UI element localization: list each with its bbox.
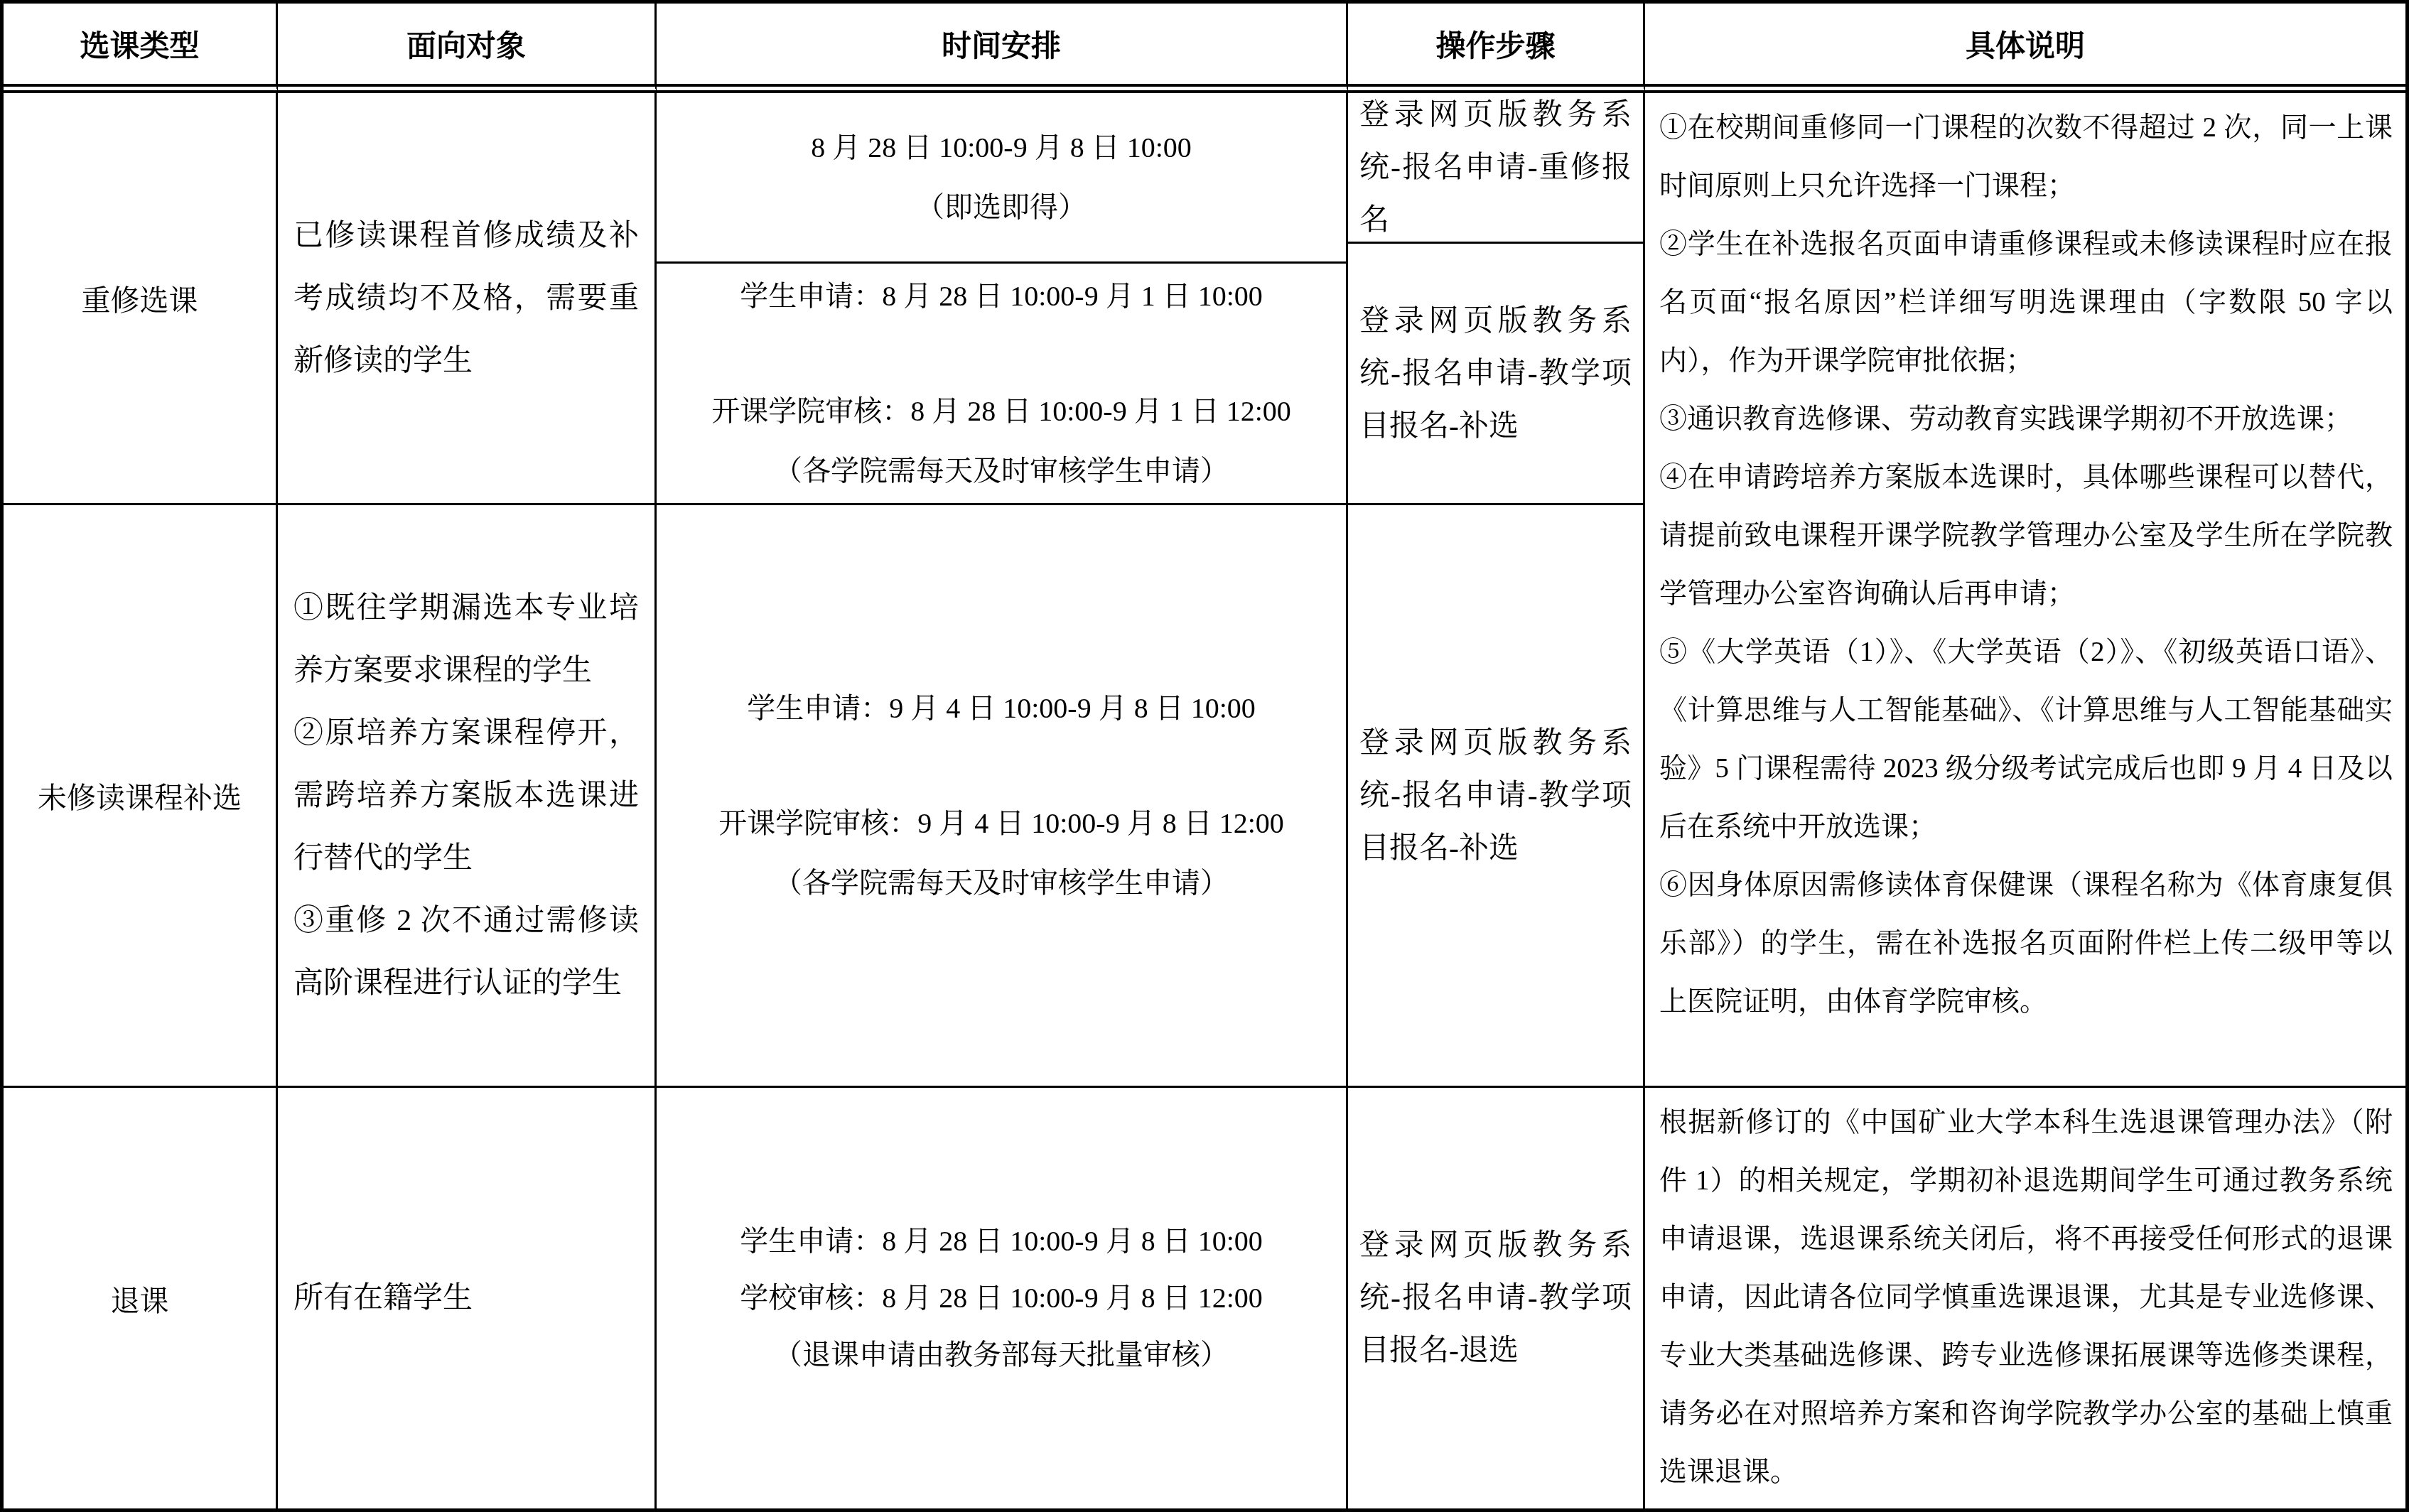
header-schedule-label: 时间安排 bbox=[942, 23, 1061, 65]
retake-steps-primary-text: 登录网页版教务系统-报名申请-重修报名 bbox=[1348, 93, 1643, 244]
header-audience: 面向对象 bbox=[278, 4, 657, 93]
course-selection-table: 选课类型 面向对象 时间安排 操作步骤 具体说明 重修选课 已修读课程首修成绩及… bbox=[0, 0, 2409, 1512]
retake-student-apply-text: 学生申请：8 月 28 日 10:00-9 月 1 日 10:00 bbox=[657, 266, 1346, 326]
header-audience-label: 面向对象 bbox=[406, 23, 526, 65]
header-steps-label: 操作步骤 bbox=[1435, 23, 1555, 65]
retake-audience-text: 已修读课程首修成绩及补考成绩均不及格，需要重新修读的学生 bbox=[293, 205, 639, 392]
makeup-review-note: （各学院需每天及时审核学生申请） bbox=[657, 853, 1346, 913]
cell-makeup-steps: 登录网页版教务系统-报名申请-教学项目报名-补选 bbox=[1348, 505, 1645, 1088]
details-note-5: ⑤《大学英语（1）》、《大学英语（2）》、《初级英语口语》、《计算思维与人工智能… bbox=[1659, 623, 2393, 856]
withdraw-steps-text: 登录网页版教务系统-报名申请-教学项目报名-退选 bbox=[1348, 1219, 1643, 1377]
withdraw-details-text: 根据新修订的《中国矿业大学本科生选退课管理办法》（附件 1）的相关规定，学期初补… bbox=[1659, 1093, 2393, 1501]
retake-steps-secondary-text: 登录网页版教务系统-报名申请-教学项目报名-补选 bbox=[1348, 295, 1643, 453]
cell-makeup-audience: ①既往学期漏选本专业培养方案要求课程的学生 ②原培养方案课程停开，需跨培养方案版… bbox=[278, 505, 657, 1088]
makeup-audience-item-1: ①既往学期漏选本专业培养方案要求课程的学生 bbox=[293, 577, 639, 702]
cell-retake-audience: 已修读课程首修成绩及补考成绩均不及格，需要重新修读的学生 bbox=[278, 93, 657, 505]
makeup-steps-text: 登录网页版教务系统-报名申请-教学项目报名-补选 bbox=[1348, 717, 1643, 875]
cell-makeup-schedule: 学生申请：9 月 4 日 10:00-9 月 8 日 10:00 开课学院审核：… bbox=[657, 505, 1348, 1088]
header-details: 具体说明 bbox=[1645, 4, 2405, 93]
retake-steps-secondary: 登录网页版教务系统-报名申请-教学项目报名-补选 bbox=[1348, 244, 1643, 503]
makeup-student-apply-text: 学生申请：9 月 4 日 10:00-9 月 8 日 10:00 bbox=[657, 679, 1346, 738]
details-note-4: ④在申请跨培养方案版本选课时，具体哪些课程可以替代，请提前致电课程开课学院教学管… bbox=[1659, 448, 2393, 623]
retake-window-text: 8 月 28 日 10:00-9 月 8 日 10:00 bbox=[657, 118, 1346, 178]
details-note-2: ②学生在补选报名页面申请重修课程或未修读课程时应在报名页面“报名原因”栏详细写明… bbox=[1659, 215, 2393, 390]
makeup-type-label: 未修读课程补选 bbox=[38, 774, 242, 816]
retake-college-review-text: 开课学院审核：8 月 28 日 10:00-9 月 1 日 12:00 bbox=[657, 382, 1346, 441]
cell-withdraw-details: 根据新修订的《中国矿业大学本科生选退课管理办法》（附件 1）的相关规定，学期初补… bbox=[1645, 1088, 2405, 1508]
makeup-college-review-text: 开课学院审核：9 月 4 日 10:00-9 月 8 日 12:00 bbox=[657, 794, 1346, 853]
header-selection-type: 选课类型 bbox=[4, 4, 278, 93]
cell-details-merged: ①在校期间重修同一门课程的次数不得超过 2 次，同一上课时间原则上只允许选择一门… bbox=[1645, 93, 2405, 1088]
details-note-3: ③通识教育选修课、劳动教育实践课学期初不开放选课； bbox=[1659, 390, 2393, 448]
retake-steps-primary: 登录网页版教务系统-报名申请-重修报名 bbox=[1348, 93, 1643, 244]
cell-withdraw-type: 退课 bbox=[4, 1088, 278, 1508]
header-schedule: 时间安排 bbox=[657, 4, 1348, 93]
cell-retake-steps: 登录网页版教务系统-报名申请-重修报名 登录网页版教务系统-报名申请-教学项目报… bbox=[1348, 93, 1645, 505]
withdraw-review-note: （退课申请由教务部每天批量审核） bbox=[657, 1327, 1346, 1383]
retake-review-note: （各学院需每天及时审核学生申请） bbox=[657, 441, 1346, 501]
details-note-6: ⑥因身体原因需修读体育保健课（课程名称为《体育康复俱乐部》）的学生，需在补选报名… bbox=[1659, 856, 2393, 1031]
withdraw-type-label: 退课 bbox=[111, 1278, 169, 1319]
cell-withdraw-schedule: 学生申请：8 月 28 日 10:00-9 月 8 日 10:00 学校审核：8… bbox=[657, 1088, 1348, 1508]
cell-withdraw-audience: 所有在籍学生 bbox=[278, 1088, 657, 1508]
makeup-audience-item-2: ②原培养方案课程停开，需跨培养方案版本选课进行替代的学生 bbox=[293, 702, 639, 890]
header-details-label: 具体说明 bbox=[1966, 23, 2085, 65]
withdraw-school-review-text: 学校审核：8 月 28 日 10:00-9 月 8 日 12:00 bbox=[657, 1270, 1346, 1327]
makeup-audience-item-3: ③重修 2 次不通过需修读高阶课程进行认证的学生 bbox=[293, 890, 639, 1015]
header-steps: 操作步骤 bbox=[1348, 4, 1645, 93]
header-selection-type-label: 选课类型 bbox=[80, 23, 199, 65]
details-note-1: ①在校期间重修同一门课程的次数不得超过 2 次，同一上课时间原则上只允许选择一门… bbox=[1659, 99, 2393, 215]
retake-window-note: （即选即得） bbox=[657, 178, 1346, 237]
cell-withdraw-steps: 登录网页版教务系统-报名申请-教学项目报名-退选 bbox=[1348, 1088, 1645, 1508]
cell-makeup-type: 未修读课程补选 bbox=[4, 505, 278, 1088]
cell-retake-schedule: 8 月 28 日 10:00-9 月 8 日 10:00 （即选即得） 学生申请… bbox=[657, 93, 1348, 505]
retake-schedule-secondary: 学生申请：8 月 28 日 10:00-9 月 1 日 10:00 开课学院审核… bbox=[657, 264, 1346, 503]
withdraw-student-apply-text: 学生申请：8 月 28 日 10:00-9 月 8 日 10:00 bbox=[657, 1213, 1346, 1270]
withdraw-audience-text: 所有在籍学生 bbox=[293, 1267, 639, 1329]
retake-schedule-primary: 8 月 28 日 10:00-9 月 8 日 10:00 （即选即得） bbox=[657, 93, 1346, 264]
retake-type-label: 重修选课 bbox=[82, 277, 198, 319]
cell-retake-type: 重修选课 bbox=[4, 93, 278, 505]
